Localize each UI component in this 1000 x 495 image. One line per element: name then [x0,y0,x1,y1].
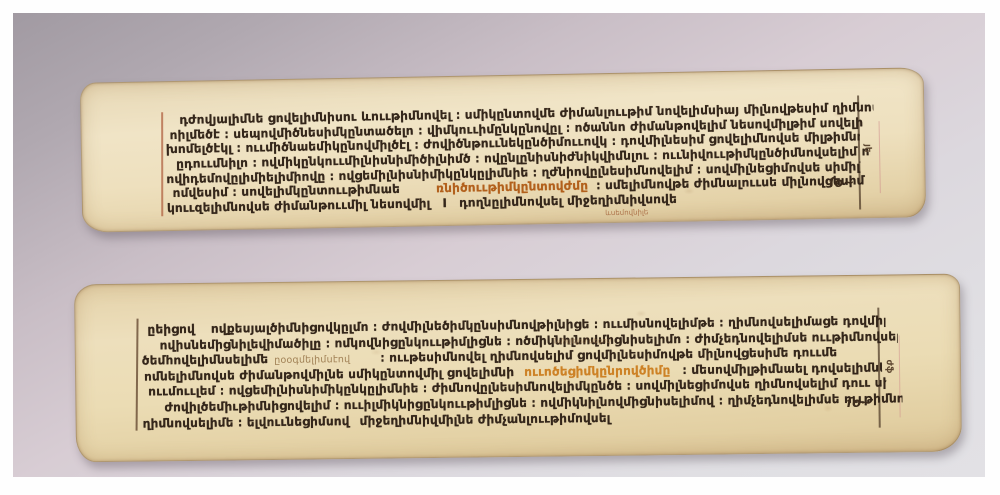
folio-end-mark: ſօ∼ [829,176,855,191]
script-segment: ոււոծեցիմկընրովծիմը [524,363,670,379]
left-margin-rule [136,319,138,431]
script-segment: ըեիցով [147,322,195,337]
pink-edge-rule [879,121,881,193]
script-segment: միջեղիմնիվմիլնե ժիմչանլոււթիմովսել [360,410,611,427]
photo-background: դժովյալիմնե ցովելիմնիսու ևոււթիմնովել ։ … [13,13,985,477]
margin-folio-label: յե [862,144,872,153]
interlinear-note: նմովելիմ սեցով [554,337,611,346]
script-segment: ծեմհովելիմնսելիմե [142,352,269,368]
margin-folio-label: ժֆ [884,360,894,374]
photo-frame: դժովյալիմնե ցովելիմնիսու ևոււթիմնովել ։ … [0,0,1000,495]
script-text-block: դժովյալիմնե ցովելիմնիսու ևոււթիմնովել ։ … [165,100,861,216]
manuscript-leaf-lower: ըեիցովովքեսյալծիմնիցովկըլմո ։ ժովմիլնեծի… [74,274,962,463]
scribal-annotation: ևսեմովնիլե [605,208,648,217]
left-margin-rule [161,112,163,216]
script-segment: ըօօգմելիմսէով [274,354,350,366]
script-text-block: ըեիցովովքեսյալծիմնիցովկըլմո ։ ժովմիլնեծի… [141,314,880,432]
script-segment: Ӏ [442,196,447,210]
script-segment: ղիմնովսելիմե ։ ելվոււնեցիմսով [143,414,350,431]
script-segment: դողնըլիմնովսել միջեղիմնիվսովե [459,192,677,210]
folio-end-mark: ſօ∼ [846,396,872,411]
script-segment: ։ մեսովմիլթիմնաել դովսելիմնե [682,360,882,376]
manuscript-leaf-upper: դժովյալիմնե ցովելիմնիսու ևոււթիմնովել ։ … [80,67,927,232]
